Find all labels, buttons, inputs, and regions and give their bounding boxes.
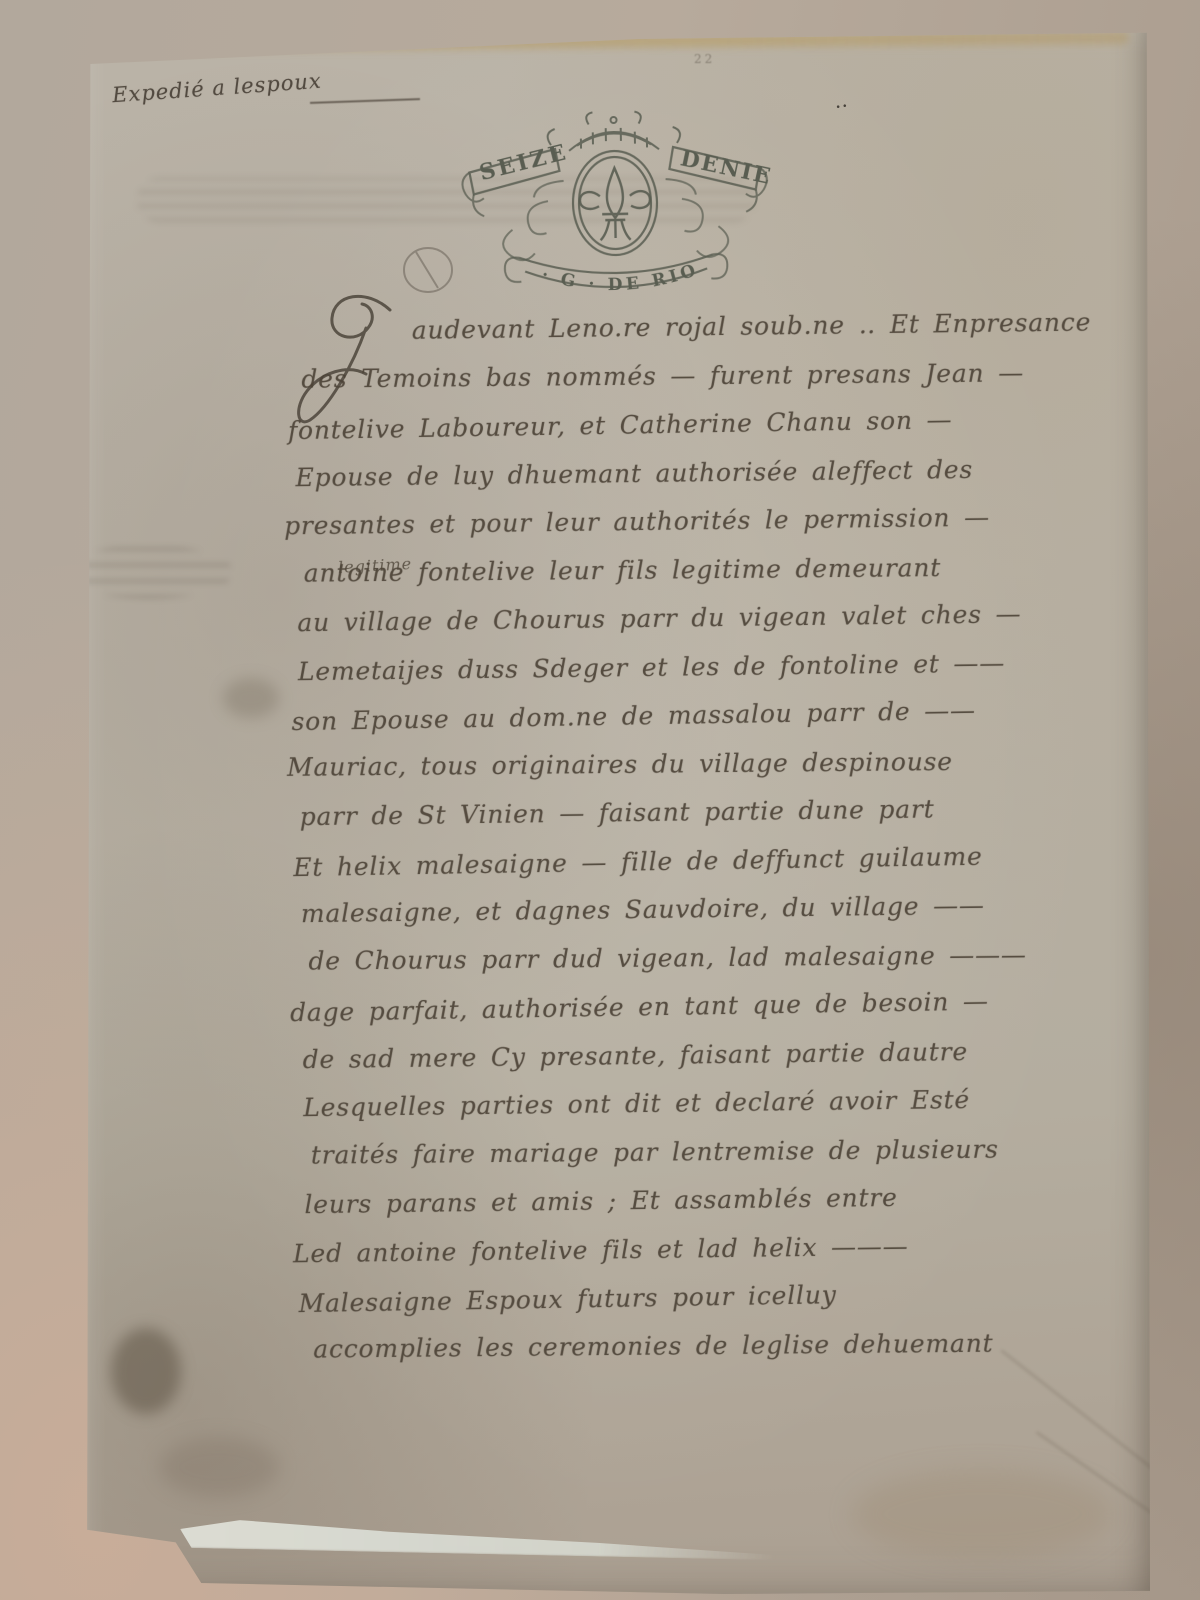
lower-right-stain	[852, 1469, 1112, 1559]
stamp-right-banner: DENIE	[669, 144, 775, 213]
left-margin-streaks	[63, 545, 234, 599]
stamp-left-banner: SEIZE	[462, 139, 572, 217]
torn-bottom-edge	[180, 1514, 778, 1560]
manuscript-line: accomplies les ceremonies de leglise deh…	[313, 1319, 1156, 1375]
manuscript-line: antoine fontelive leur fils legitime dem…	[304, 543, 1147, 599]
manuscript-line: presantes et pour leur authorités le per…	[284, 493, 1147, 552]
stamp-bottom-banner: · G · DE RIOM ·	[450, 105, 727, 298]
ink-dots: ‥	[832, 87, 853, 113]
lower-left-stain	[159, 1437, 279, 1497]
interlinear-note: legitime	[338, 554, 413, 577]
crease-line	[1001, 1349, 1168, 1480]
top-edge-discoloration	[95, 31, 1129, 52]
revenue-stamp: SEIZE DENIE · G · DE RIOM ·	[450, 105, 779, 301]
crown-icon	[547, 111, 680, 151]
manuscript-line: traités faire mariage par lentremise de …	[311, 1125, 1154, 1181]
folio-number: 22	[694, 52, 715, 66]
manuscript-lines: audevant Leno.re rojal soub.ne ‥ Et Enpr…	[294, 299, 1157, 1376]
crease-line	[1036, 1431, 1168, 1524]
manuscript-line: audevant Leno.re rojal soub.ne ‥ Et Enpr…	[294, 299, 1145, 358]
svg-text:· G · DE RIOM ·: · G · DE RIOM ·	[450, 105, 702, 298]
ink-smudge	[223, 678, 279, 718]
manuscript-line: malesaigne, et dagnes Sauvdoire, du vill…	[301, 881, 1152, 940]
fleur-de-lis-icon	[579, 167, 650, 240]
stamp-left-banner-text: SEIZE	[477, 139, 571, 186]
dark-stain	[111, 1328, 181, 1414]
stamp-bottom-banner-text: · G · DE RIOM ·	[450, 105, 702, 298]
manuscript-line: Lesquelles parties ont dit et declaré av…	[303, 1075, 1154, 1134]
